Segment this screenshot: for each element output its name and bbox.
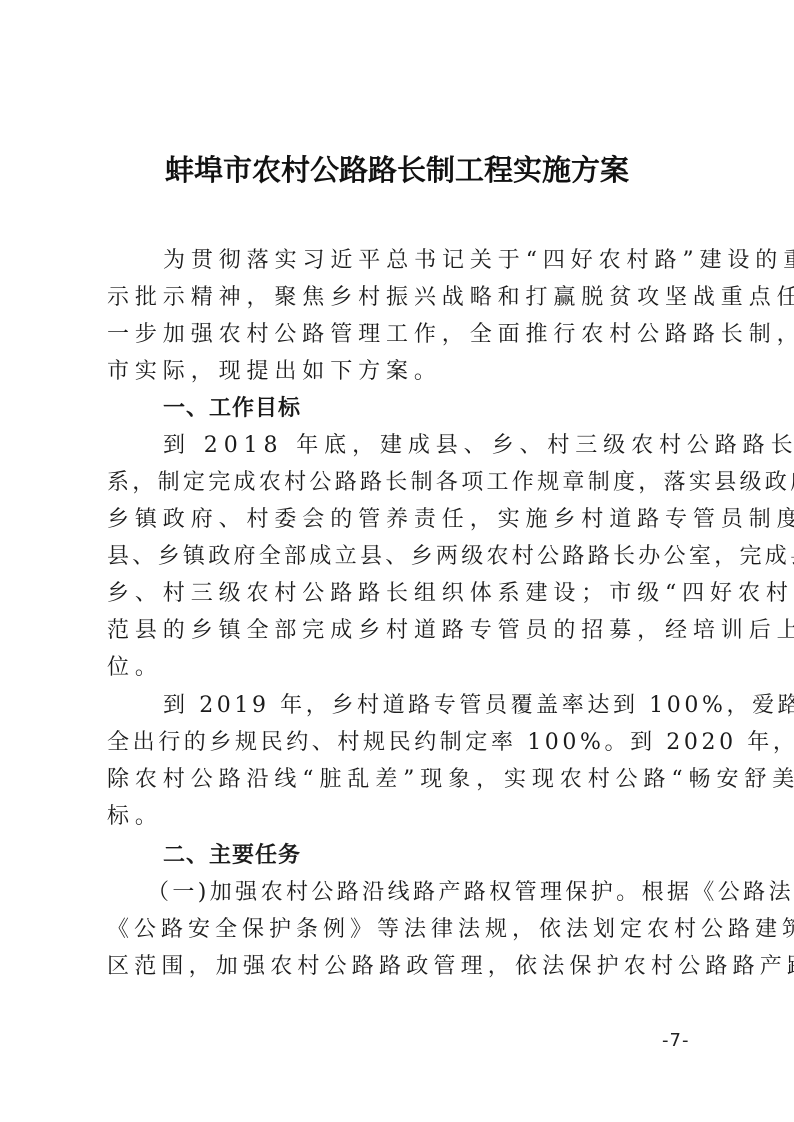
text-line: 乡镇政府、村委会的管养责任，实施乡村道路专管员制度。全市 — [107, 501, 693, 538]
section-heading-text: 二、主要任务 — [107, 837, 693, 874]
text-line: 到 2019 年，乡村道路专管员覆盖率达到 100%，爱路护路安 — [107, 687, 693, 724]
text-line: 一步加强农村公路管理工作，全面推行农村公路路长制，结合我 — [107, 316, 693, 353]
goals-paragraph-2018: 到 2018 年底，建成县、乡、村三级农村公路路长制管理体 系，制定完成农村公路… — [107, 427, 693, 686]
text-line: 为贯彻落实习近平总书记关于“四好农村路”建设的重要指 — [107, 242, 693, 279]
text-line: 到 2018 年底，建成县、乡、村三级农村公路路长制管理体 — [107, 427, 693, 464]
text-line: 《公路安全保护条例》等法律法规，依法划定农村公路建筑控制 — [107, 911, 693, 948]
text-line: （一)加强农村公路沿线路产路权管理保护。根据《公路法》、 — [107, 874, 693, 911]
goals-paragraph-2019-2020: 到 2019 年，乡村道路专管员覆盖率达到 100%，爱路护路安 全出行的乡规民… — [107, 687, 693, 835]
text-line: 区范围，加强农村公路路政管理，依法保护农村公路路产路权。 — [107, 948, 693, 985]
text-line: 标。 — [107, 798, 693, 835]
text-line: 乡、村三级农村公路路长组织体系建设；市级“四好农村路”示 — [107, 575, 693, 612]
text-line: 市实际，现提出如下方案。 — [107, 353, 693, 390]
tasks-paragraph-1: （一)加强农村公路沿线路产路权管理保护。根据《公路法》、 《公路安全保护条例》等… — [107, 874, 693, 985]
document-page: 蚌埠市农村公路路长制工程实施方案 为贯彻落实习近平总书记关于“四好农村路”建设的… — [0, 0, 794, 1122]
text-line: 系，制定完成农村公路路长制各项工作规章制度，落实县级政府、 — [107, 464, 693, 501]
section-heading-text: 一、工作目标 — [107, 390, 693, 427]
text-line: 县、乡镇政府全部成立县、乡两级农村公路路长办公室，完成县、 — [107, 538, 693, 575]
intro-paragraph: 为贯彻落实习近平总书记关于“四好农村路”建设的重要指 示批示精神，聚焦乡村振兴战… — [107, 242, 693, 390]
text-line: 示批示精神，聚焦乡村振兴战略和打赢脱贫攻坚战重点任务，进 — [107, 279, 693, 316]
text-line: 全出行的乡规民约、村规民约制定率 100%。到 2020 年，基本消 — [107, 724, 693, 761]
page-number: -7- — [662, 1030, 689, 1051]
document-title: 蚌埠市农村公路路长制工程实施方案 — [0, 148, 794, 192]
text-line: 除农村公路沿线“脏乱差”现象，实现农村公路“畅安舒美”目 — [107, 761, 693, 798]
text-line: 位。 — [107, 649, 693, 686]
section-heading-main-tasks: 二、主要任务 — [107, 837, 693, 874]
section-heading-work-goals: 一、工作目标 — [107, 390, 693, 427]
text-line: 范县的乡镇全部完成乡村道路专管员的招募，经培训后上岗到 — [107, 612, 693, 649]
